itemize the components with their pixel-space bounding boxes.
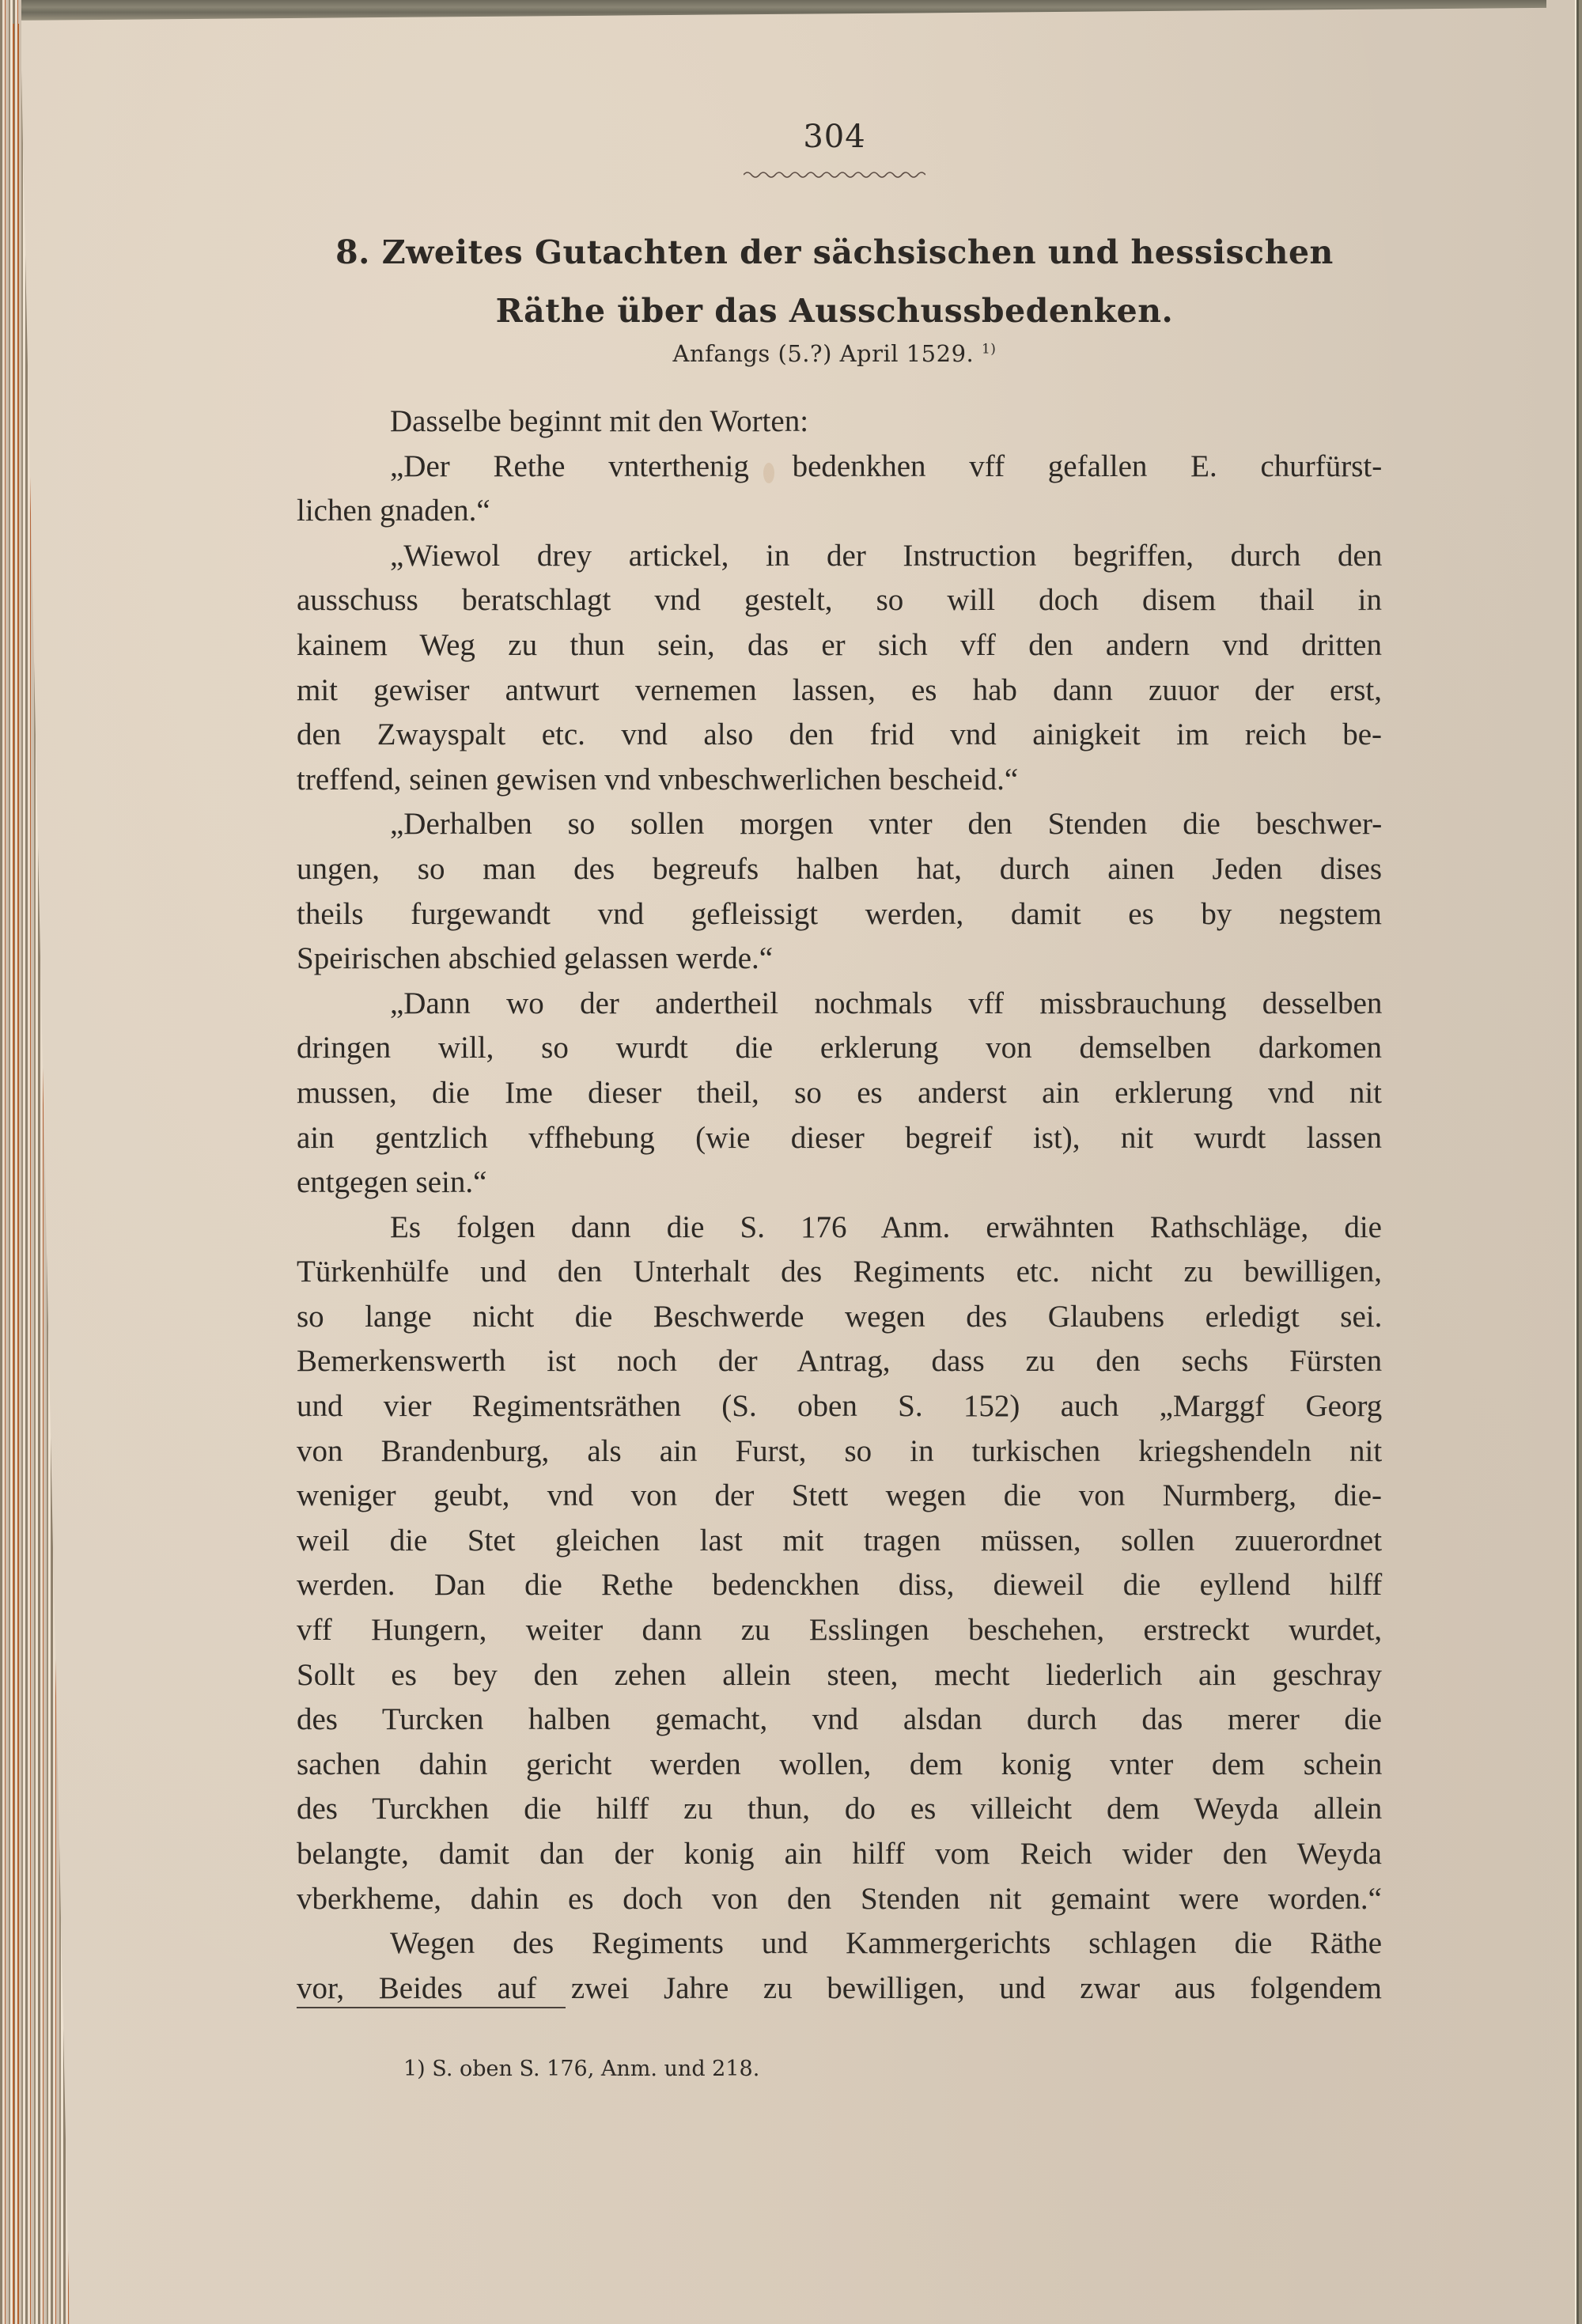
- heading-line-1: 8. Zweites Gutachten der sächsischen und…: [285, 223, 1384, 282]
- body-line: vberkheme, dahin es doch von den Stenden…: [297, 1877, 1382, 1922]
- body-line: Wegen des Regiments und Kammergerichts s…: [297, 1921, 1382, 1966]
- body-line: Es folgen dann die S. 176 Anm. erwähnten…: [297, 1206, 1382, 1251]
- body-line: des Turcken halben gemacht, vnd alsdan d…: [297, 1698, 1382, 1743]
- body-line: vff Hungern, weiter dann zu Esslingen be…: [297, 1608, 1382, 1653]
- body-line: „Derhalben so sollen morgen vnter den St…: [297, 802, 1382, 847]
- body-line: mussen, die Ime dieser theil, so es ande…: [297, 1071, 1382, 1116]
- body-line: Bemerkenswerth ist noch der Antrag, dass…: [297, 1339, 1382, 1384]
- body-line: und vier Regimentsräthen (S. oben S. 152…: [297, 1384, 1382, 1429]
- footnote-reference: 1): [982, 341, 996, 357]
- footnote-separator: [297, 2007, 566, 2008]
- footnote: 1) S. oben S. 176, Anm. und 218.: [403, 2057, 759, 2081]
- page-edge-line: [13, 24, 14, 2324]
- body-line: sachen dahin gericht werden wollen, dem …: [297, 1743, 1382, 1788]
- body-line: treffend, seinen gewisen vnd vnbeschwerl…: [297, 758, 1382, 803]
- date-text: Anfangs (5.?) April 1529.: [673, 340, 975, 367]
- body-line: so lange nicht die Beschwerde wegen des …: [297, 1295, 1382, 1340]
- body-line: lichen gnaden.“: [297, 489, 1382, 534]
- body-line: Sollt es bey den zehen allein steen, mec…: [297, 1653, 1382, 1698]
- heading-line-2: Räthe über das Ausschussbedenken.: [285, 282, 1384, 340]
- body-line: weniger geubt, vnd von der Stett wegen d…: [297, 1474, 1382, 1519]
- body-line: „Der Rethe vnterthenig bedenkhen vff gef…: [297, 445, 1382, 490]
- body-line: ain gentzlich vffhebung (wie dieser begr…: [297, 1116, 1382, 1161]
- page-edge-line: [17, 24, 19, 2324]
- body-line: Türkenhülfe und den Unterhalt des Regime…: [297, 1250, 1382, 1295]
- body-line: von Brandenburg, als ain Furst, so in tu…: [297, 1429, 1382, 1474]
- body-line: weil die Stet gleichen last mit tragen m…: [297, 1519, 1382, 1564]
- body-line: werden. Dan die Rethe bedenckhen diss, d…: [297, 1563, 1382, 1608]
- body-line: den Zwayspalt etc. vnd also den frid vnd…: [297, 713, 1382, 758]
- body-line: „Dann wo der andertheil nochmals vff mis…: [297, 982, 1382, 1027]
- body-line: ungen, so man des begreufs halben hat, d…: [297, 847, 1382, 892]
- body-line: theils furgewandt vnd gefleissigt werden…: [297, 892, 1382, 937]
- body-line: kainem Weg zu thun sein, das er sich vff…: [297, 623, 1382, 668]
- body-line: mit gewiser antwurt vernemen lassen, es …: [297, 668, 1382, 713]
- section-heading: 8. Zweites Gutachten der sächsischen und…: [285, 223, 1384, 340]
- body-line: belangte, damit dan der konig ain hilff …: [297, 1832, 1382, 1877]
- body-line: entgegen sein.“: [297, 1160, 1382, 1206]
- body-line: des Turckhen die hilff zu thun, do es vi…: [297, 1787, 1382, 1832]
- body-line: Speirischen abschied gelassen werde.“: [297, 937, 1382, 982]
- page-number: 304: [755, 119, 914, 155]
- body-line: vor, Beides auf zwei Jahre zu bewilligen…: [297, 1966, 1382, 2012]
- date-line: Anfangs (5.?) April 1529. 1): [285, 340, 1384, 367]
- body-line: „Wiewol drey artickel, in der Instructio…: [297, 534, 1382, 579]
- body-line: ausschuss beratschlagt vnd gestelt, so w…: [297, 578, 1382, 623]
- body-text: Dasselbe beginnt mit den Worten:„Der Ret…: [297, 399, 1382, 2011]
- right-frame-edge: [1575, 0, 1582, 2324]
- body-line: dringen will, so wurdt die erklerung von…: [297, 1026, 1382, 1071]
- body-line: Dasselbe beginnt mit den Worten:: [297, 399, 1382, 445]
- wavy-rule-ornament: [744, 168, 925, 182]
